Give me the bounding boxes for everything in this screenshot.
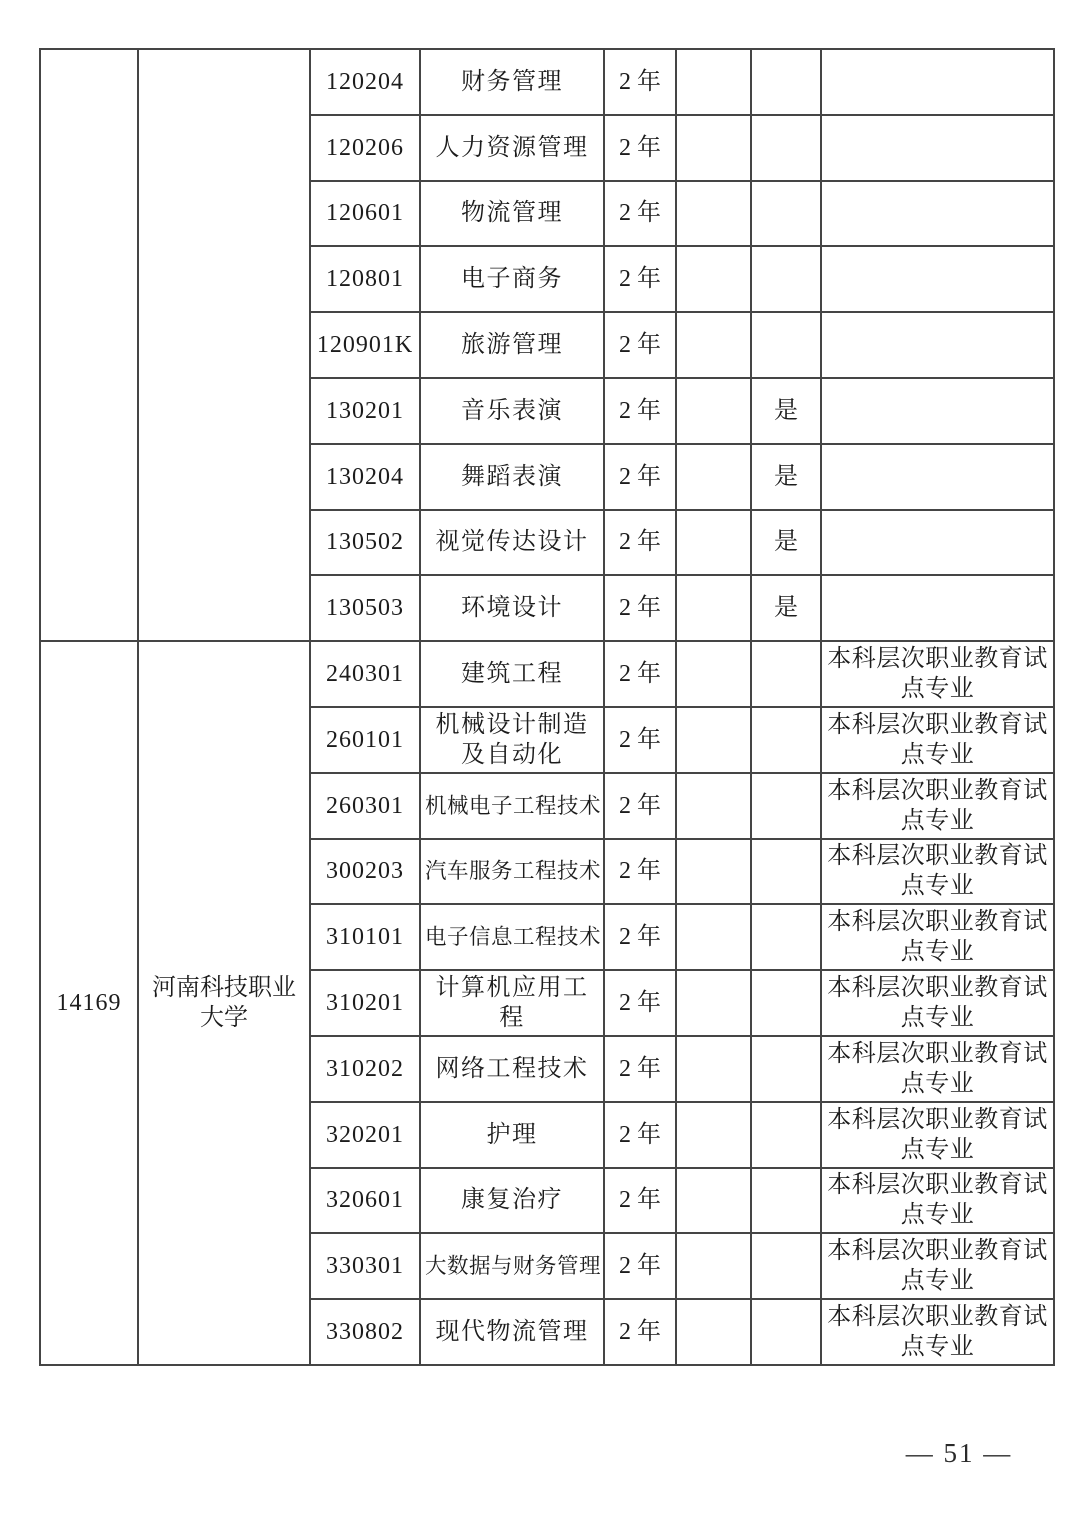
- duration-cell: 2 年: [604, 707, 676, 773]
- major-name-cell: 大数据与财务管理: [420, 1233, 604, 1299]
- major-name-cell: 机械电子工程技术: [420, 773, 604, 839]
- duration-cell: 2 年: [604, 1233, 676, 1299]
- duration-cell: 2 年: [604, 181, 676, 247]
- flag-cell: 是: [751, 510, 821, 576]
- major-name-cell: 财务管理: [420, 49, 604, 115]
- note-cell: 本科层次职业教育试点专业: [821, 904, 1054, 970]
- blank-cell: [676, 1168, 751, 1234]
- major-code-cell: 320601: [310, 1168, 420, 1234]
- major-name-cell: 机械设计制造及自动化: [420, 707, 604, 773]
- major-name-cell: 舞蹈表演: [420, 444, 604, 510]
- major-name-cell: 汽车服务工程技术: [420, 839, 604, 905]
- blank-cell: [676, 246, 751, 312]
- blank-cell: [676, 312, 751, 378]
- duration-cell: 2 年: [604, 246, 676, 312]
- blank-cell: [676, 1102, 751, 1168]
- note-cell: 本科层次职业教育试点专业: [821, 1233, 1054, 1299]
- major-name-cell: 电子信息工程技术: [420, 904, 604, 970]
- blank-cell: [676, 378, 751, 444]
- major-code-cell: 320201: [310, 1102, 420, 1168]
- duration-cell: 2 年: [604, 1102, 676, 1168]
- major-name-cell: 旅游管理: [420, 312, 604, 378]
- blank-cell: [676, 707, 751, 773]
- blank-cell: [676, 904, 751, 970]
- note-cell: [821, 49, 1054, 115]
- school-name-cell: 河南科技职业大学: [138, 641, 310, 1365]
- note-cell: 本科层次职业教育试点专业: [821, 1168, 1054, 1234]
- major-code-cell: 130502: [310, 510, 420, 576]
- note-cell: [821, 444, 1054, 510]
- note-cell: [821, 575, 1054, 641]
- flag-cell: [751, 312, 821, 378]
- major-name-cell: 人力资源管理: [420, 115, 604, 181]
- major-name-cell: 网络工程技术: [420, 1036, 604, 1102]
- note-cell: [821, 246, 1054, 312]
- major-code-cell: 300203: [310, 839, 420, 905]
- blank-cell: [676, 970, 751, 1036]
- flag-cell: [751, 970, 821, 1036]
- major-name-cell: 计算机应用工程: [420, 970, 604, 1036]
- flag-cell: [751, 904, 821, 970]
- flag-cell: 是: [751, 378, 821, 444]
- flag-cell: [751, 1168, 821, 1234]
- major-name-cell: 视觉传达设计: [420, 510, 604, 576]
- major-code-cell: 330301: [310, 1233, 420, 1299]
- blank-cell: [676, 1233, 751, 1299]
- flag-cell: [751, 707, 821, 773]
- duration-cell: 2 年: [604, 641, 676, 707]
- note-cell: [821, 312, 1054, 378]
- duration-cell: 2 年: [604, 510, 676, 576]
- major-code-cell: 120801: [310, 246, 420, 312]
- programs-table: 120204财务管理2 年120206人力资源管理2 年120601物流管理2 …: [39, 48, 1055, 1366]
- note-cell: 本科层次职业教育试点专业: [821, 839, 1054, 905]
- blank-cell: [676, 510, 751, 576]
- duration-cell: 2 年: [604, 1168, 676, 1234]
- document-page: 120204财务管理2 年120206人力资源管理2 年120601物流管理2 …: [0, 0, 1080, 1513]
- major-code-cell: 260301: [310, 773, 420, 839]
- note-cell: [821, 181, 1054, 247]
- table-row: 14169河南科技职业大学240301建筑工程2 年本科层次职业教育试点专业: [40, 641, 1054, 707]
- duration-cell: 2 年: [604, 1036, 676, 1102]
- blank-cell: [676, 444, 751, 510]
- note-cell: 本科层次职业教育试点专业: [821, 1299, 1054, 1365]
- blank-cell: [676, 181, 751, 247]
- duration-cell: 2 年: [604, 904, 676, 970]
- flag-cell: [751, 115, 821, 181]
- flag-cell: [751, 641, 821, 707]
- note-cell: [821, 510, 1054, 576]
- blank-cell: [676, 641, 751, 707]
- blank-cell: [676, 773, 751, 839]
- flag-cell: 是: [751, 575, 821, 641]
- note-cell: 本科层次职业教育试点专业: [821, 1102, 1054, 1168]
- major-code-cell: 310202: [310, 1036, 420, 1102]
- blank-cell: [676, 115, 751, 181]
- note-cell: [821, 115, 1054, 181]
- major-code-cell: 120901K: [310, 312, 420, 378]
- note-cell: 本科层次职业教育试点专业: [821, 641, 1054, 707]
- major-name-cell: 物流管理: [420, 181, 604, 247]
- duration-cell: 2 年: [604, 444, 676, 510]
- duration-cell: 2 年: [604, 115, 676, 181]
- page-number: — 51 —: [878, 1438, 1040, 1469]
- flag-cell: [751, 246, 821, 312]
- major-code-cell: 260101: [310, 707, 420, 773]
- blank-cell: [676, 1299, 751, 1365]
- flag-cell: [751, 49, 821, 115]
- flag-cell: [751, 1233, 821, 1299]
- major-code-cell: 120206: [310, 115, 420, 181]
- major-code-cell: 130204: [310, 444, 420, 510]
- note-cell: 本科层次职业教育试点专业: [821, 773, 1054, 839]
- school-code-cell: 14169: [40, 641, 138, 1365]
- major-name-cell: 康复治疗: [420, 1168, 604, 1234]
- major-code-cell: 240301: [310, 641, 420, 707]
- major-name-cell: 护理: [420, 1102, 604, 1168]
- blank-cell: [676, 1036, 751, 1102]
- duration-cell: 2 年: [604, 1299, 676, 1365]
- school-name-cell: [138, 49, 310, 641]
- flag-cell: 是: [751, 444, 821, 510]
- flag-cell: [751, 1036, 821, 1102]
- major-name-cell: 环境设计: [420, 575, 604, 641]
- note-cell: [821, 378, 1054, 444]
- duration-cell: 2 年: [604, 575, 676, 641]
- major-name-cell: 建筑工程: [420, 641, 604, 707]
- duration-cell: 2 年: [604, 312, 676, 378]
- duration-cell: 2 年: [604, 49, 676, 115]
- flag-cell: [751, 1102, 821, 1168]
- blank-cell: [676, 49, 751, 115]
- note-cell: 本科层次职业教育试点专业: [821, 707, 1054, 773]
- flag-cell: [751, 1299, 821, 1365]
- major-code-cell: 120601: [310, 181, 420, 247]
- major-code-cell: 130503: [310, 575, 420, 641]
- blank-cell: [676, 575, 751, 641]
- major-code-cell: 310201: [310, 970, 420, 1036]
- major-code-cell: 130201: [310, 378, 420, 444]
- note-cell: 本科层次职业教育试点专业: [821, 970, 1054, 1036]
- table-row: 120204财务管理2 年: [40, 49, 1054, 115]
- school-code-cell: [40, 49, 138, 641]
- duration-cell: 2 年: [604, 970, 676, 1036]
- note-cell: 本科层次职业教育试点专业: [821, 1036, 1054, 1102]
- major-code-cell: 120204: [310, 49, 420, 115]
- duration-cell: 2 年: [604, 378, 676, 444]
- major-name-cell: 音乐表演: [420, 378, 604, 444]
- major-name-cell: 电子商务: [420, 246, 604, 312]
- duration-cell: 2 年: [604, 773, 676, 839]
- flag-cell: [751, 839, 821, 905]
- major-name-cell: 现代物流管理: [420, 1299, 604, 1365]
- blank-cell: [676, 839, 751, 905]
- flag-cell: [751, 181, 821, 247]
- flag-cell: [751, 773, 821, 839]
- duration-cell: 2 年: [604, 839, 676, 905]
- major-code-cell: 330802: [310, 1299, 420, 1365]
- major-code-cell: 310101: [310, 904, 420, 970]
